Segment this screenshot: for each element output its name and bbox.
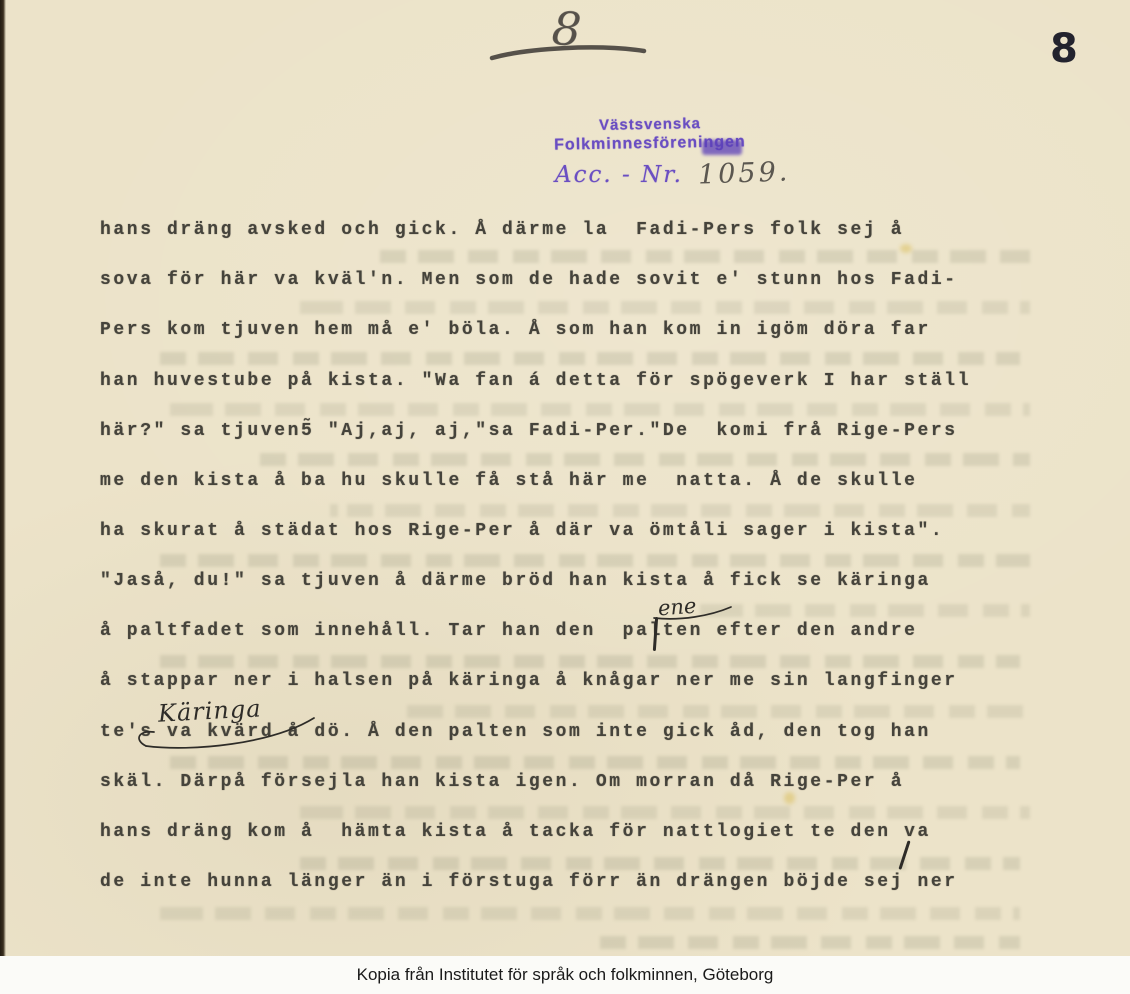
typed-line-4: han huvestube på kista. "Wa fan á detta …	[100, 371, 971, 391]
typed-line-8: "Jaså, du!" sa tjuven å därme bröd han k…	[100, 571, 931, 591]
bleed-through-line	[300, 806, 1030, 819]
bleed-through-line	[300, 301, 1030, 314]
bleed-through-line	[260, 453, 1030, 466]
scan-edge-shadow	[0, 0, 6, 958]
bleed-through-line	[160, 352, 1020, 365]
typed-line-14: de inte hunna länger än i förstuga förr …	[100, 872, 958, 892]
typed-line-10: å stappar ner i halsen på käringa å knåg…	[100, 671, 958, 691]
pencil-underline-stroke	[488, 40, 648, 66]
typed-line-6: me den kista å ba hu skulle få stå här m…	[100, 471, 918, 491]
bleed-through-line	[170, 756, 1020, 769]
bleed-through-line	[700, 604, 1030, 617]
printed-page-number: 8	[1050, 26, 1078, 72]
typed-line-2: sova för här va kväl'n. Men som de hade …	[100, 270, 958, 290]
bleed-through-line	[380, 250, 1030, 263]
footer-strip: Kopia från Institutet för språk och folk…	[0, 956, 1130, 994]
bleed-through-line	[330, 504, 1030, 517]
bleed-through-line	[160, 655, 1020, 668]
stamp-line-2: Folkminnesföreningen	[500, 132, 800, 155]
bleed-through-line	[160, 554, 1030, 567]
archive-stamp: Västsvenska Folkminnesföreningen	[500, 116, 800, 153]
bleed-through-line	[300, 857, 1020, 870]
accession-number: 1059.	[698, 156, 791, 190]
typed-line-5: här?" sa tjuven5̃ "Aj,aj, aj,"sa Fadi-Pe…	[100, 421, 958, 441]
footer-caption: Kopia från Institutet för språk och folk…	[357, 965, 774, 985]
typed-line-1: hans dräng avsked och gick. Å därme la F…	[100, 220, 904, 240]
bleed-through-line	[170, 403, 1030, 416]
typed-line-3: Pers kom tjuven hem må e' böla. Å som ha…	[100, 320, 931, 340]
scanned-document-page: 8 8 Västsvenska Folkminnesföreningen Acc…	[0, 0, 1130, 994]
paper-stain	[784, 792, 795, 804]
bleed-through-line	[600, 936, 1020, 949]
typed-line-9: å paltfadet som innehåll. Tar han den pa…	[100, 621, 918, 641]
typed-line-13: hans dräng kom å hämta kista å tacka för…	[100, 822, 931, 842]
accession-number-line: Acc. - Nr. 1059.	[555, 158, 790, 189]
bleed-through-line	[160, 907, 1020, 920]
typed-line-12: skäl. Därpå försejla han kista igen. Om …	[100, 772, 904, 792]
bleed-through-line	[400, 705, 1030, 718]
typed-line-7: ha skurat å städat hos Rige-Per å där va…	[100, 521, 944, 541]
accession-label: Acc. - Nr.	[555, 162, 683, 188]
ene-underline-stroke	[652, 604, 734, 622]
paper-stain	[900, 244, 912, 253]
stamp-ink-smudge	[702, 140, 742, 155]
karinga-flourish-stroke	[132, 700, 322, 750]
